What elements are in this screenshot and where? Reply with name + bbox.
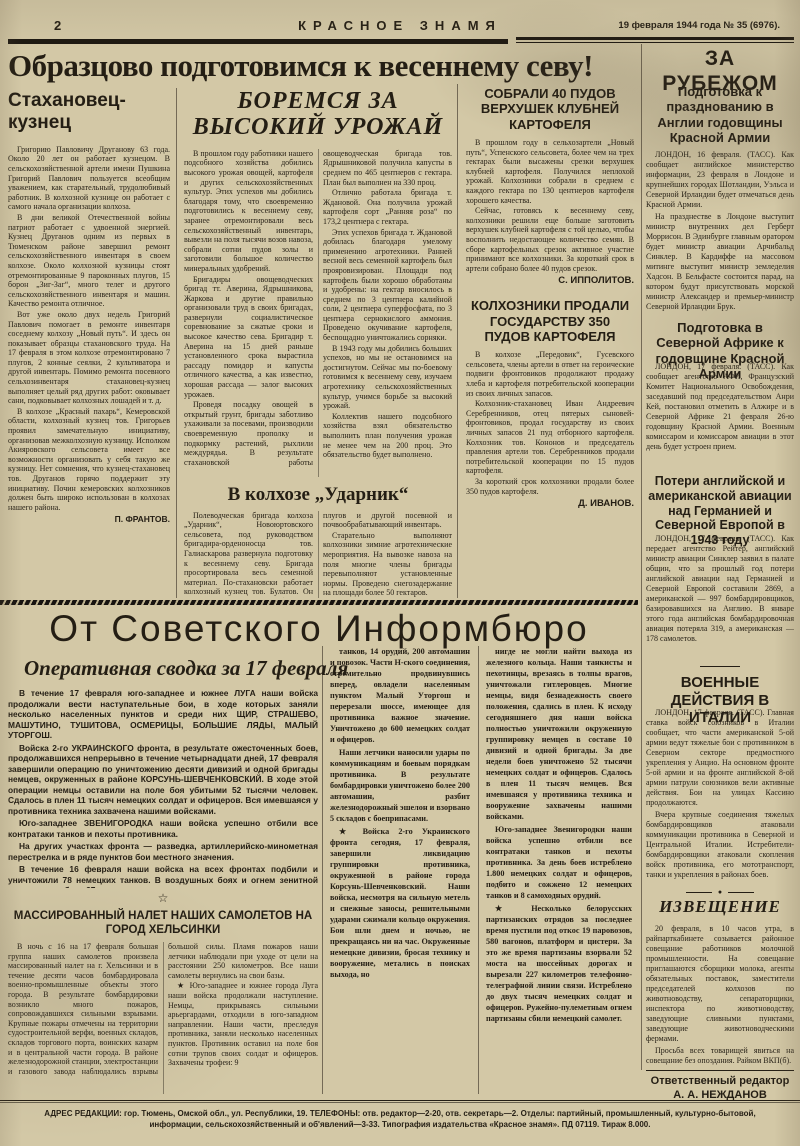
paragraph: На других участках фронта — разведка, ар… <box>8 841 318 862</box>
paragraph: Сейчас, готовясь к весеннему севу, колхо… <box>466 206 634 273</box>
paragraph: В течение 17 февраля юго-западнее и южне… <box>8 688 318 741</box>
dot-divider-icon: ● <box>646 888 794 896</box>
paragraph: Старательно выполняют колхозники зимние … <box>323 531 452 598</box>
notice-title: ИЗВЕЩЕНИЕ <box>646 898 794 917</box>
article-title: Подготовка к празднованию в Англии годов… <box>646 84 794 145</box>
paragraph: В течение 16 февраля наши войска на всех… <box>8 864 318 888</box>
article-body: В колхозе „Передовик“, Гусевского сельсо… <box>466 350 634 496</box>
page-number: 2 <box>54 18 61 33</box>
article-body: ЛОНДОН, 16 февраля. (ТАСС). Как сообщает… <box>646 150 794 316</box>
article-title: БОРЕМСЯ ЗА ВЫСОКИЙ УРОЖАЙ <box>184 88 452 141</box>
paragraph: танков, 14 орудий, 200 автомашин и повоз… <box>330 646 470 745</box>
paragraph: ЛОНДОН, 17 февраля. (ТАСС). Как передает… <box>646 534 794 644</box>
newspaper-page: 2 КРАСНОЕ ЗНАМЯ 19 февраля 1944 года № 3… <box>0 0 800 1146</box>
article-body: ЛОНДОН, 17 февраля. (ТАСС). Как передает… <box>646 534 794 660</box>
paragraph: ★ Войска 2-го Украинского фронта сегодня… <box>330 826 470 980</box>
article-body: ЛОНДОН, 17 февраля. (ТАСС). Как сообщает… <box>646 362 794 472</box>
column-divider <box>457 84 458 598</box>
masthead-rule-right <box>516 37 794 43</box>
paragraph: Юго-западнее Звенигородки наши войска ус… <box>486 824 632 901</box>
paragraph: В колхозе „Красный пахарь“, Кемеровской … <box>8 407 170 513</box>
article-body: В прошлом году работники нашего подсобно… <box>184 149 452 477</box>
star-divider-icon: ☆ <box>8 892 318 904</box>
article-body: Полеводческая бригада колхоза „Ударник“,… <box>184 511 452 598</box>
article-potato-tops: СОБРАЛИ 40 ПУДОВ ВЕРХУШЕК КЛУБНЕЙ КАРТОФ… <box>466 86 634 598</box>
article-byline: П. ФРАНТОВ. <box>8 514 170 524</box>
paragraph: ЛОНДОН, 17 февраля. (ТАСС). Главная став… <box>646 708 794 808</box>
paragraph: нигде не могли найти выхода из железного… <box>486 646 632 822</box>
article-body: Григорию Павловичу Друганову 63 года. Ок… <box>8 145 170 513</box>
paragraph: Войска 2-го УКРАИНСКОГО фронта, в резуль… <box>8 743 318 817</box>
article-title: Стахановец-кузнец <box>8 90 170 135</box>
masthead-rule-left <box>8 39 508 44</box>
paragraph: Этих успехов бригада т. Ждановой добилас… <box>323 228 452 343</box>
paragraph: 20 февраля, в 10 часов утра, в райпартка… <box>646 924 794 1044</box>
column-divider <box>176 88 177 598</box>
paragraph: Колхозник-стахановец Иван Андреевич Сере… <box>466 399 634 476</box>
helsinki-body: В ночь с 16 на 17 февраля большая группа… <box>8 942 318 1094</box>
dispatch-column-3: танков, 14 орудий, 200 автомашин и повоз… <box>330 646 470 1094</box>
paragraph: В колхозе „Передовик“, Гусевского сельсо… <box>466 350 634 398</box>
paragraph: В дни великой Отечественной войны патрио… <box>8 213 170 309</box>
paragraph: ★ Юго-западнее и южнее города Луга наши … <box>168 981 318 1067</box>
paragraph-group: В прошлом году работники нашего подсобно… <box>184 149 452 477</box>
column-divider <box>478 646 479 1094</box>
article-byline: Д. ИВАНОВ. <box>466 498 634 509</box>
masthead-date: 19 февраля 1944 года № 35 (6976). <box>565 20 780 31</box>
paragraph: ★ Несколько белорусских партизанских отр… <box>486 903 632 1024</box>
main-headline: Образцово подготовимся к весеннему севу! <box>8 48 638 84</box>
paragraph: Наши летчики наносили удары по коммуника… <box>330 747 470 824</box>
paragraph: В прошлом году в сельхозартели „Новый пу… <box>466 138 634 205</box>
section-title-informburo: От Советского Информбюро <box>0 608 638 650</box>
footer-rule <box>0 1100 800 1103</box>
article-harvest: БОРЕМСЯ ЗА ВЫСОКИЙ УРОЖАЙ В прошлом году… <box>184 88 452 598</box>
paragraph: Вот уже около двух недель Григорий Павло… <box>8 310 170 406</box>
editor-block: Ответственный редактор А. А. НЕЖДАНОВ <box>646 1074 794 1103</box>
helsinki-title: МАССИРОВАННЫЙ НАЛЕТ НАШИХ САМОЛЕТОВ НА Г… <box>8 910 318 937</box>
footer-imprint: АДРЕС РЕДАКЦИИ: гор. Тюмень, Омской обл.… <box>40 1108 760 1130</box>
masthead-title: КРАСНОЕ ЗНАМЯ <box>250 18 550 33</box>
paragraph: Отлично работала бригада т. Ждановой. Он… <box>323 188 452 226</box>
article-title: В колхозе „Ударник“ <box>184 485 452 506</box>
paragraph: Бригадиры овощеводческих бригад тт. Авер… <box>184 275 313 400</box>
paragraph: На празднестве в Лондоне выступит минист… <box>646 212 794 312</box>
article-body: ЛОНДОН, 17 февраля. (ТАСС). Главная став… <box>646 708 794 884</box>
notice-body: 20 февраля, в 10 часов утра, в райпартка… <box>646 924 794 1066</box>
article-stakhanovets: Стахановец-кузнец Григорию Павловичу Дру… <box>8 90 170 598</box>
divider <box>646 1070 794 1071</box>
paragraph: Вчера крупные соединения тяжелых бомбард… <box>646 810 794 880</box>
column-divider <box>322 646 323 1094</box>
svodka-body: В течение 17 февраля юго-западнее и южне… <box>8 688 318 888</box>
article-body: В прошлом году в сельхозартели „Новый пу… <box>466 138 634 273</box>
dispatch-column-4: нигде не могли найти выхода из железного… <box>486 646 632 1094</box>
divider <box>700 666 740 667</box>
paragraph: ЛОНДОН, 17 февраля. (ТАСС). Как сообщает… <box>646 362 794 452</box>
column-divider <box>641 44 642 1070</box>
article-title: СОБРАЛИ 40 ПУДОВ ВЕРХУШЕК КЛУБНЕЙ КАРТОФ… <box>466 86 634 132</box>
paragraph: Григорию Павловичу Друганову 63 года. Ок… <box>8 145 170 212</box>
paragraph: В прошлом году работники нашего подсобно… <box>184 149 313 274</box>
paragraph: За короткий срок колхозники продали боле… <box>466 477 634 496</box>
paragraph: ЛОНДОН, 16 февраля. (ТАСС). Как сообщает… <box>646 150 794 210</box>
paragraph: Юго-западнее ЗВЕНИГОРОДКА наши войска ус… <box>8 818 318 839</box>
paragraph: Коллектив нашего подсобного хозяйства вз… <box>323 412 452 460</box>
paragraph: Просьба всех товарищей явиться на совеща… <box>646 1046 794 1066</box>
article-byline: С. ИППОЛИТОВ. <box>466 275 634 286</box>
paragraph: В 1943 году мы добились больших успехов,… <box>323 344 452 411</box>
paragraph-group: Полеводческая бригада колхоза „Ударник“,… <box>184 511 452 598</box>
article-title: КОЛХОЗНИКИ ПРОДАЛИ ГОСУДАРСТВУ 350 ПУДОВ… <box>466 298 634 344</box>
editor-label: Ответственный редактор <box>646 1074 794 1088</box>
section-divider <box>0 600 638 605</box>
